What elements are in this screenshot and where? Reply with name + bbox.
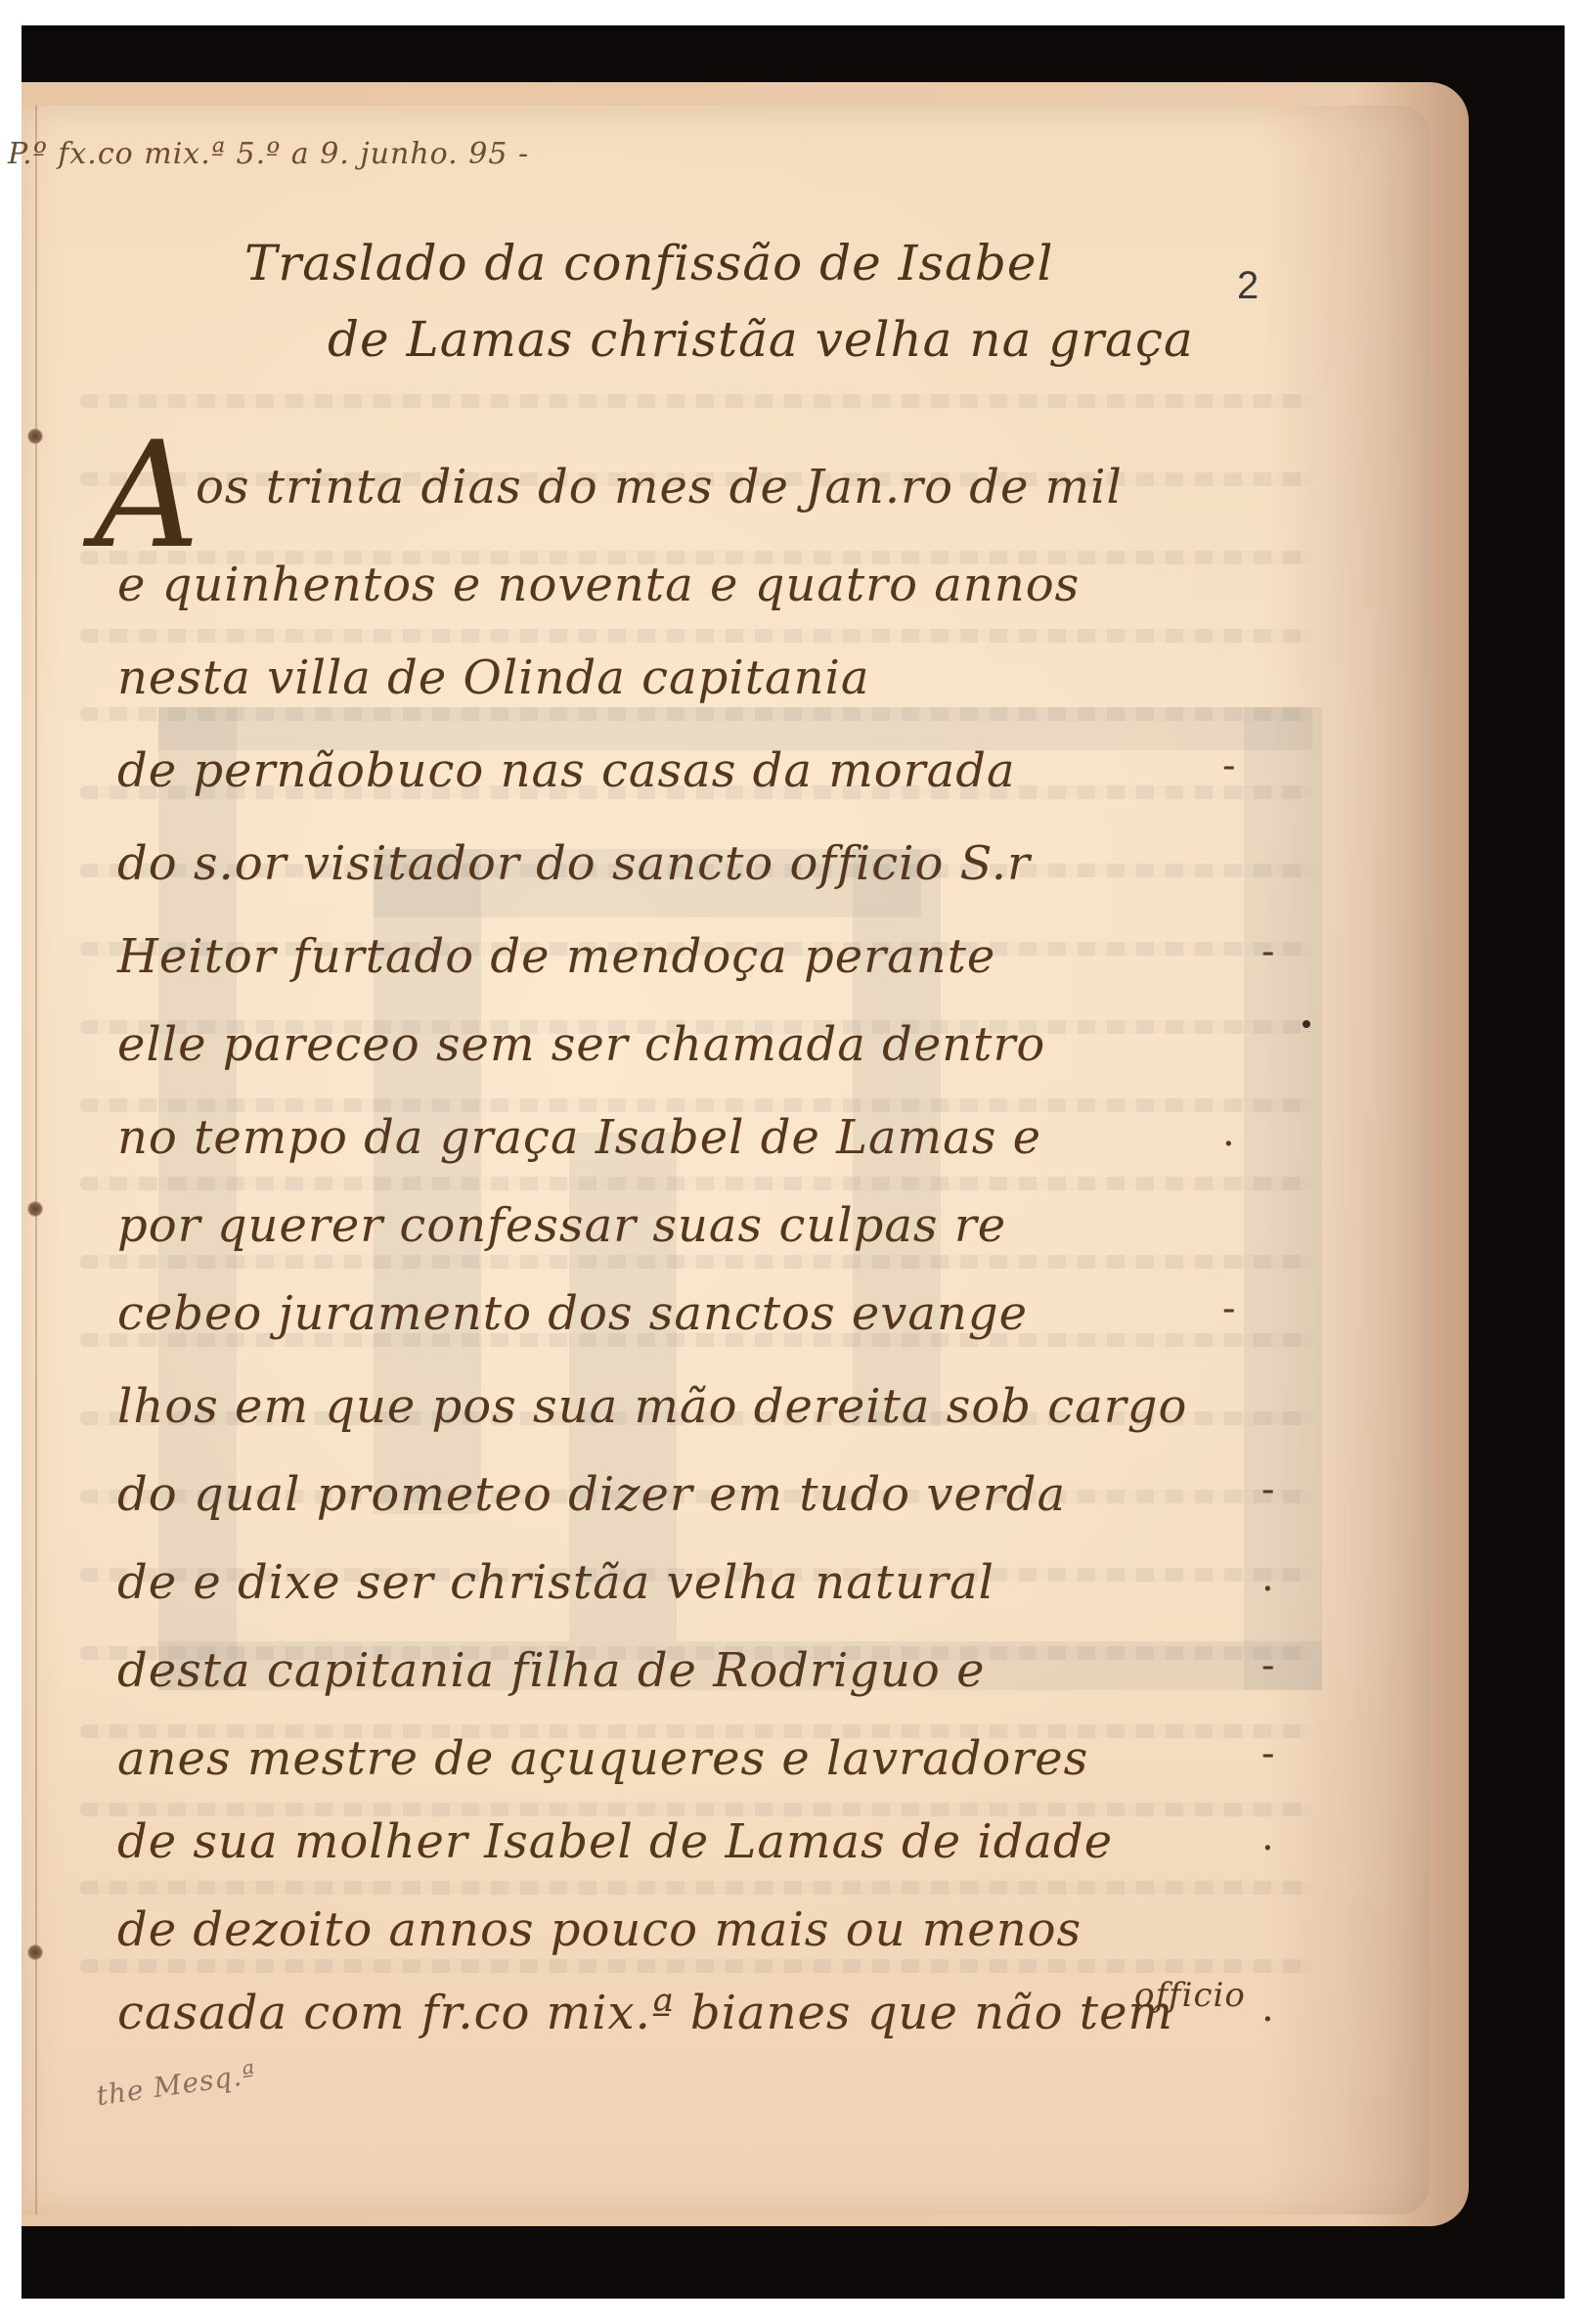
body-line: nesta villa de Olinda capitania (117, 650, 870, 705)
line-end-mark: - (1261, 1467, 1275, 1512)
marginal-note-top: P.º fx.co mix.ª 5.º a 9. junho. 95 - (8, 137, 529, 171)
folio-number: 2 (1237, 264, 1259, 308)
line-end-mark: . (1261, 1986, 1274, 2031)
body-line: Heitor furtado de mendoça perante (117, 929, 995, 984)
title-line-2: de Lamas christãa velha na graça (328, 311, 1194, 368)
body-line: por querer confessar suas culpas re (117, 1198, 1006, 1253)
body-line: lhos em que pos sua mão dereita sob carg… (117, 1379, 1187, 1434)
line-end-mark: - (1261, 1643, 1275, 1688)
verso-bleed (80, 1881, 1312, 1895)
line-end-mark: - (1222, 1286, 1236, 1331)
body-line: de e dixe ser christãa velha natural (117, 1555, 994, 1610)
sewing-hole (27, 1201, 43, 1217)
catchword: officio (1134, 1976, 1246, 2015)
title-line-1: Traslado da confissão de Isabel (244, 235, 1053, 291)
line-end-mark: - (1222, 743, 1236, 788)
body-line: e quinhentos e noventa e quatro annos (117, 558, 1080, 612)
sewing-hole (27, 428, 43, 444)
body-line: de pernãobuco nas casas da morada (117, 743, 1016, 798)
body-line: anes mestre de açuqueres e lavradores (117, 1731, 1088, 1786)
sewing-hole (27, 1944, 43, 1960)
body-line: os trinta dias do mes de Jan.ro de mil (196, 460, 1123, 514)
verso-bleed (80, 394, 1312, 408)
line-end-mark: . (1261, 1555, 1274, 1600)
line-end-mark: - (1261, 929, 1275, 974)
verso-bleed (80, 707, 1312, 721)
verso-bleed (80, 629, 1312, 643)
body-line: no tempo da graça Isabel de Lamas e (117, 1110, 1041, 1165)
body-line: casada com fr.co mix.ª bianes que não te… (117, 1986, 1173, 2040)
body-line: desta capitania filha de Rodriguo e (117, 1643, 985, 1698)
verso-bleed (80, 1959, 1312, 1973)
body-line: do s.or visitador do sancto officio S.r (117, 836, 1031, 891)
body-line: cebeo juramento dos sanctos evange (117, 1286, 1028, 1341)
verso-bleed (80, 1255, 1312, 1269)
verso-bleed (80, 1177, 1312, 1190)
line-end-mark: - (1261, 1731, 1275, 1776)
watermark-bar (1244, 707, 1322, 1690)
body-line: de dezoito annos pouco mais ou menos (117, 1902, 1082, 1957)
body-line: do qual prometeo dizer em tudo verda (117, 1467, 1066, 1522)
body-line: elle pareceo sem ser chamada dentro (117, 1017, 1045, 1072)
line-end-mark: . (1261, 1814, 1274, 1859)
binding-fold (35, 106, 37, 2214)
ink-speck (1303, 1020, 1310, 1028)
line-end-mark: . (1222, 1110, 1235, 1155)
drop-cap: A (94, 411, 200, 581)
body-line: de sua molher Isabel de Lamas de idade (117, 1814, 1113, 1869)
